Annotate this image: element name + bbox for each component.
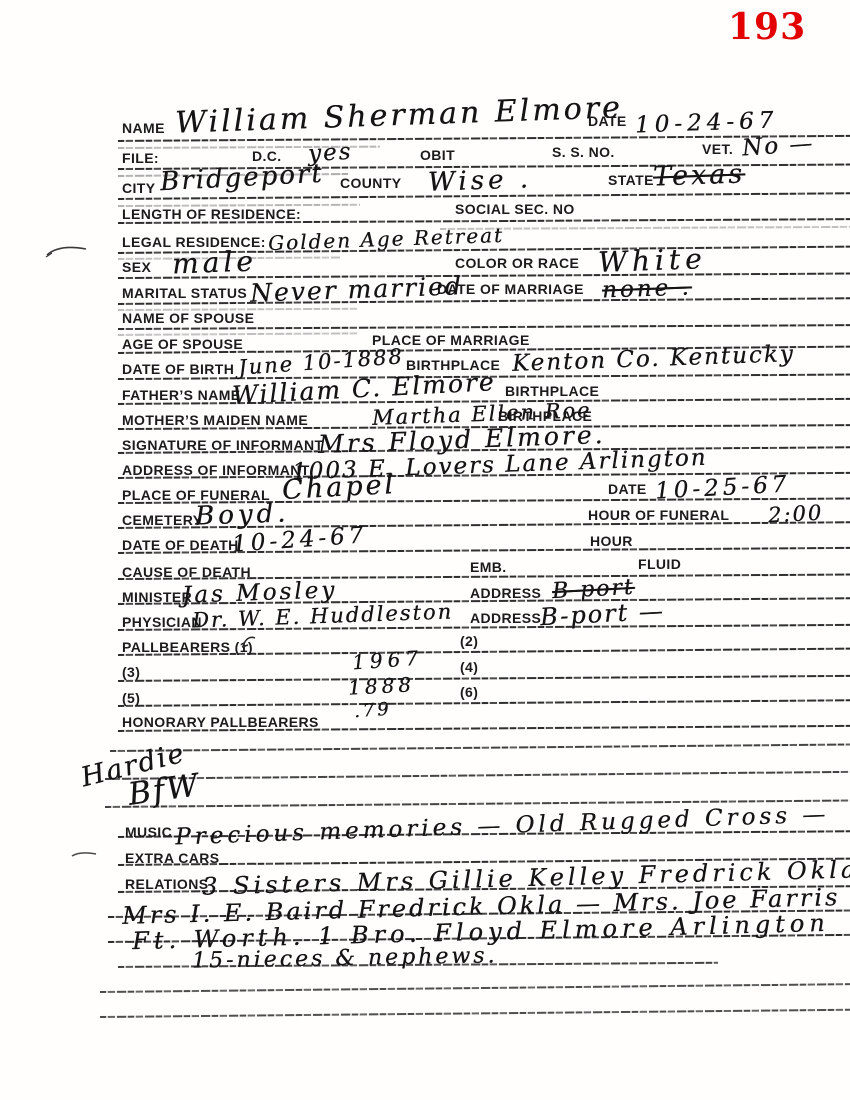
mother-name-label: MOTHER’S MAIDEN NAME: [122, 412, 308, 428]
ruled-line: [100, 983, 850, 993]
state-label: STATE: [608, 172, 654, 188]
marital-status-label: MARITAL STATUS: [122, 285, 247, 301]
spouse-label: NAME OF SPOUSE: [122, 310, 254, 326]
file-label: FILE:: [122, 150, 159, 166]
emb-label: EMB.: [470, 559, 507, 575]
father-name-label: FATHER’S NAME: [122, 387, 241, 403]
date-birth-label: DATE OF BIRTH: [122, 361, 234, 377]
ssno-label: S. S. NO.: [552, 144, 615, 160]
vet-value: No —: [741, 131, 815, 162]
sex-label: SEX: [122, 259, 151, 275]
pen-mark-icon: [240, 632, 260, 650]
physician-label: PHYSICIAN: [122, 614, 202, 630]
physician-address-label: ADDRESS: [470, 610, 541, 626]
state-value: Texas: [652, 158, 745, 192]
cemetery-label: CEMETERY: [122, 512, 202, 528]
length-residence-label: LENGTH OF RESIDENCE:: [122, 206, 301, 222]
pallbearer-2-label: (2): [460, 633, 478, 649]
calc-year-birth: 1888: [347, 672, 415, 699]
relations-label: RELATIONS: [125, 876, 208, 892]
funeral-record-page: 193 NAME William Sherman Elmore DATE 10-…: [0, 0, 850, 1100]
hour-funeral-value: 2:00: [767, 501, 823, 528]
margin-dash-icon: [70, 848, 100, 860]
pallbearer-6-label: (6): [460, 684, 478, 700]
ruled-line: [118, 675, 850, 682]
honorary-pallbearers-label: HONORARY PALLBEARERS: [122, 714, 319, 730]
ruled-line: [118, 699, 850, 707]
funeral-date-label: DATE: [608, 481, 647, 497]
place-funeral-value: Chapel: [281, 469, 397, 506]
pallbearer-3-label: (3): [122, 664, 140, 680]
pallbearers-label: PALLBEARERS (1): [122, 639, 253, 655]
cemetery-value: Boyd.: [195, 498, 290, 531]
pallbearer-5-label: (5): [122, 690, 140, 706]
ruled-line: [105, 771, 850, 780]
birthplace-value: Kenton Co. Kentucky: [512, 341, 795, 377]
fluid-label: FLUID: [638, 556, 681, 572]
social-sec-label: SOCIAL SEC. NO: [455, 201, 575, 217]
vet-label: VET.: [702, 141, 733, 157]
date-marriage-value: none .: [602, 274, 693, 303]
music-label: MUSIC: [125, 824, 172, 840]
ruled-line: [100, 1009, 850, 1018]
city-label: CITY: [122, 180, 156, 196]
hour-funeral-label: HOUR OF FUNERAL: [588, 507, 729, 523]
music-value: Precious memories — Old Rugged Cross —: [175, 802, 830, 851]
hour-label: HOUR: [590, 533, 633, 549]
father-birthplace-label: BIRTHPLACE: [505, 383, 599, 399]
extra-cars-label: EXTRA CARS: [125, 850, 220, 866]
age-spouse-label: AGE OF SPOUSE: [122, 336, 243, 352]
margin-squiggle-icon: [44, 240, 90, 260]
county-value: Wise .: [428, 164, 533, 198]
page-number: 193: [728, 6, 806, 48]
date-death-label: DATE OF DEATH: [122, 537, 239, 553]
color-race-label: COLOR OR RACE: [455, 255, 579, 271]
county-label: COUNTY: [340, 175, 402, 191]
obit-label: OBIT: [420, 147, 455, 163]
pallbearer-4-label: (4): [460, 659, 478, 675]
city-value: Bridgeport: [159, 159, 324, 198]
minister-address-label: ADDRESS: [470, 585, 541, 601]
ruled-line: [110, 744, 850, 752]
name-value: William Sherman Elmore: [175, 90, 624, 141]
sex-value: male: [171, 245, 257, 281]
relations-line-4: 15-nieces & nephews.: [192, 943, 498, 973]
informant-signature-label: SIGNATURE OF INFORMANT: [122, 437, 323, 453]
cause-death-label: CAUSE OF DEATH: [122, 564, 251, 580]
color-race-value: White: [597, 242, 707, 279]
calc-age: .79: [353, 699, 392, 723]
calc-year-death: 1967: [351, 646, 423, 675]
name-label: NAME: [122, 120, 165, 136]
